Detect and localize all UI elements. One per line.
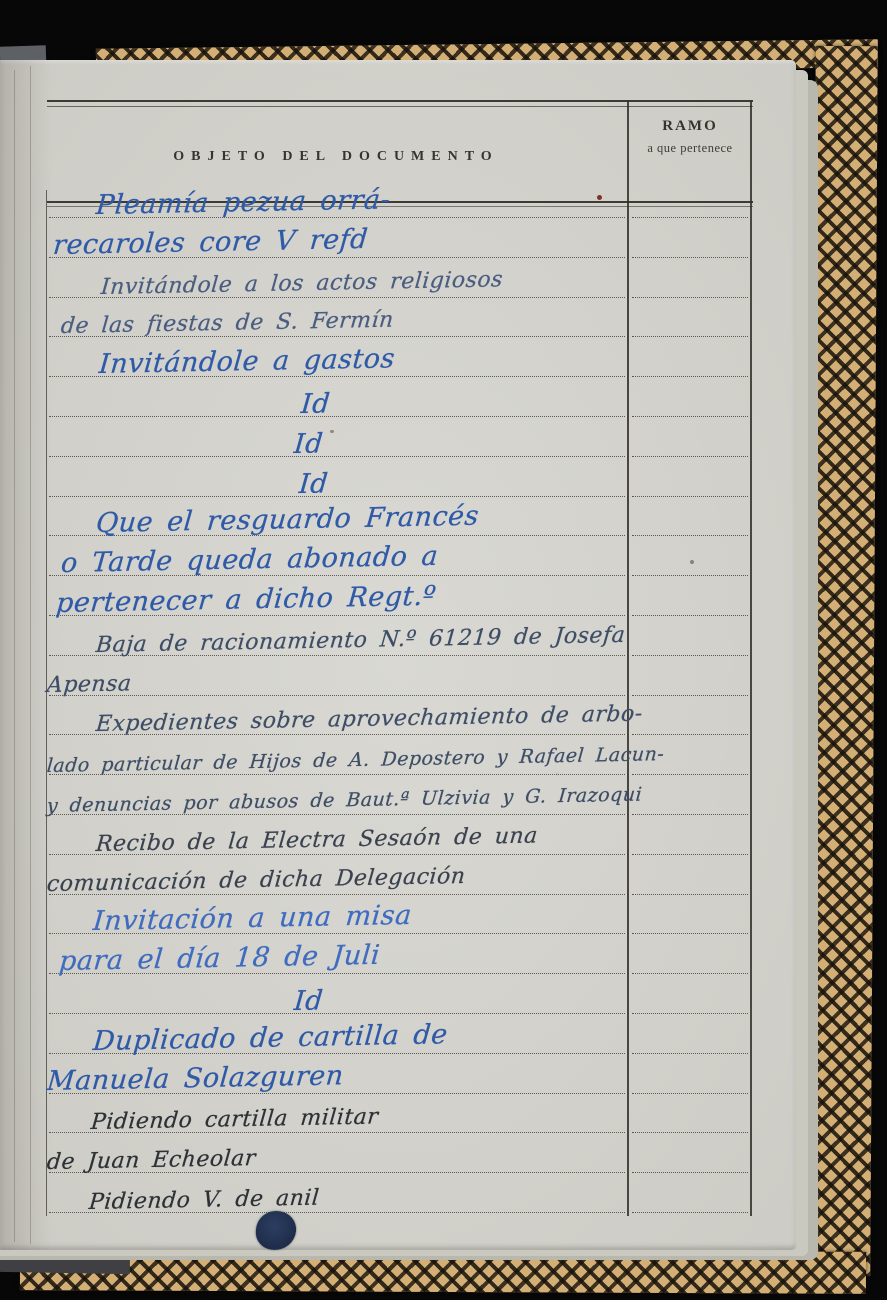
book-cover-right-edge xyxy=(808,46,878,1276)
ruled-line xyxy=(632,496,748,497)
handwritten-entry: recaroles core V refd xyxy=(52,226,369,259)
ruled-line xyxy=(632,655,748,656)
handwritten-entry: Id xyxy=(300,390,331,418)
ruled-line xyxy=(632,1212,748,1213)
ruled-line xyxy=(632,456,748,457)
handwritten-entry: Manuela Solazguren xyxy=(46,1062,345,1095)
handwritten-entry: Invitándole a gastos xyxy=(98,345,396,378)
ruled-line xyxy=(49,496,625,497)
table-top-border xyxy=(47,100,753,102)
book-scan: OBJETO DEL DOCUMENTO RAMO a que pertenec… xyxy=(0,0,887,1300)
ruled-line xyxy=(49,695,625,696)
table-left-border xyxy=(46,190,47,1216)
paper-speck xyxy=(690,560,694,564)
handwritten-entry: pertenecer a dicho Regt.º xyxy=(55,583,437,617)
handwritten-entry: de Juan Echeolar xyxy=(46,1148,257,1174)
ruled-line xyxy=(632,297,748,298)
table-top-border-inner xyxy=(47,106,753,107)
ruled-line xyxy=(632,336,748,337)
ruled-line xyxy=(632,1093,748,1094)
handwritten-entry: Pidiendo V. de anil xyxy=(88,1188,320,1214)
ruled-line xyxy=(632,257,748,258)
ruled-line xyxy=(49,456,625,457)
ruled-line xyxy=(632,894,748,895)
handwritten-entry: Apensa xyxy=(46,673,132,697)
ruled-line xyxy=(632,575,748,576)
page-fold-line xyxy=(14,70,15,1242)
column-divider-line xyxy=(627,101,629,1216)
paper-speck xyxy=(330,430,334,433)
ruled-line xyxy=(49,416,625,417)
ruled-line xyxy=(632,615,748,616)
ramo-column-header: RAMO xyxy=(630,118,750,135)
handwritten-entry: Id xyxy=(298,470,329,498)
ruled-line xyxy=(632,1013,748,1014)
handwritten-entry: Id xyxy=(293,987,324,1015)
handwritten-entry: Invitación a una misa xyxy=(92,902,413,935)
ruled-line xyxy=(632,416,748,417)
ruled-line xyxy=(632,695,748,696)
ruled-line xyxy=(632,1172,748,1173)
ruled-line xyxy=(632,854,748,855)
ruled-line xyxy=(632,734,748,735)
handwritten-entry: Duplicado de cartilla de xyxy=(92,1021,449,1055)
objeto-column-header: OBJETO DEL DOCUMENTO xyxy=(47,149,625,165)
handwritten-entry: para el día 18 de Juli xyxy=(58,942,381,975)
table-right-border xyxy=(750,101,752,1216)
ruled-line xyxy=(632,973,748,974)
handwritten-entry: Id xyxy=(293,430,324,458)
handwritten-entry: Pidiendo cartilla militar xyxy=(90,1107,379,1135)
paper-speck xyxy=(597,195,602,200)
ruled-line xyxy=(49,1013,625,1014)
handwritten-entry: Que el resguardo Francés xyxy=(95,503,480,537)
ruled-line xyxy=(632,933,748,934)
ruled-line xyxy=(632,774,748,775)
ruled-line xyxy=(632,535,748,536)
page-gutter-shadow xyxy=(0,60,52,1250)
handwritten-entry: Pleamía pezua orrá- xyxy=(95,186,391,219)
ruled-line xyxy=(632,814,748,815)
page-fold-line xyxy=(30,66,31,1244)
handwritten-entry: o Tarde queda abonado a xyxy=(60,543,439,577)
ruled-line xyxy=(632,217,748,218)
ruled-line xyxy=(632,376,748,377)
ramo-column-subheader: a que pertenece xyxy=(626,141,754,156)
ruled-line xyxy=(632,1132,748,1133)
ruled-line xyxy=(632,1053,748,1054)
